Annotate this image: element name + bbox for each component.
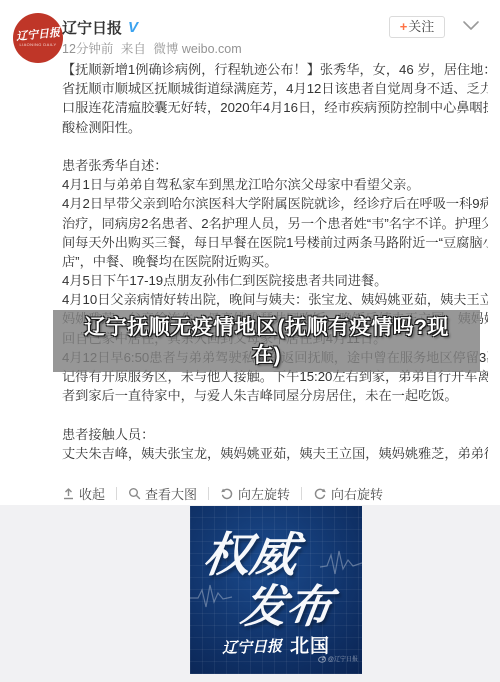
magnifier-icon: [128, 487, 141, 500]
verified-badge-icon: V: [128, 19, 138, 36]
timestamp: 12分钟前: [62, 42, 113, 56]
image-headline-line2: 发布: [237, 570, 336, 635]
toolbar-separator: [208, 487, 209, 500]
rotate-right-button[interactable]: 向右旋转: [313, 484, 383, 503]
text-line: 4月2日早带父亲到哈尔滨医科大学附属医院就诊，经诊疗后在呼吸一科9病室住院: [62, 194, 488, 213]
text-line: 治疗，同病房2名患者、2名护理人员，另一个患者姓“韦”名字不详。护理父亲期: [62, 214, 488, 233]
text-line: 省抚顺市顺城区抚顺城街道绿满庭芳，4月12日该患者自觉周身不适、乏力，自行: [62, 79, 488, 98]
page-background: 权威 发布 辽宁日报 北国 @辽宁日报: [0, 505, 500, 682]
text-line: 间每天外出购买三餐，每日早餐在医院1号楼前过两条马路附近一“豆腐脑小饼: [62, 233, 488, 252]
text-line: 口服连花清瘟胶囊无好转，2020年4月16日，经市疾病预防控制中心鼻咽拭子核: [62, 98, 488, 117]
post-image[interactable]: 权威 发布 辽宁日报 北国 @辽宁日报: [190, 506, 362, 674]
post-meta: 12分钟前 来自 微博 weibo.com: [62, 39, 246, 57]
text-line: [62, 405, 488, 424]
overlay-caption-line: 在): [53, 342, 480, 370]
avatar-logo-subtext: LIAONING DAILY: [13, 42, 63, 47]
text-line: [62, 137, 488, 156]
collapse-label: 收起: [79, 484, 105, 503]
view-large-label: 查看大图: [145, 484, 197, 503]
text-line: 患者接触人员：: [62, 425, 488, 444]
avatar[interactable]: 辽宁日报 LIAONING DAILY: [13, 13, 63, 63]
text-line: 4月1日与弟弟自驾私家车到黑龙江哈尔滨父母家中看望父亲。: [62, 175, 488, 194]
follow-button[interactable]: +关注: [389, 16, 445, 38]
account-header: 辽宁日报 V: [62, 17, 138, 37]
rotate-right-icon: [313, 487, 327, 500]
weibo-post-page: 辽宁日报 LIAONING DAILY 辽宁日报 V 12分钟前 来自 微博 w…: [0, 0, 500, 682]
text-line: 酸检测阳性。: [62, 118, 488, 137]
watermark-text: @辽宁日报: [328, 654, 358, 663]
follow-button-label: 关注: [408, 19, 434, 34]
follow-plus-icon: +: [400, 19, 408, 34]
weibo-eye-icon: [318, 655, 326, 663]
chevron-down-icon[interactable]: [460, 17, 482, 33]
rotate-left-label: 向左旋转: [238, 484, 290, 503]
text-line: 4月10日父亲病情好转出院，晚间与姨夫：张宝龙、姨妈姚亚茹，姨夫王立国、姨: [62, 290, 488, 309]
view-large-button[interactable]: 查看大图: [128, 484, 197, 503]
post-card: 辽宁日报 LIAONING DAILY 辽宁日报 V 12分钟前 来自 微博 w…: [0, 0, 500, 505]
liaoning-daily-logo: 辽宁日报: [222, 635, 283, 658]
text-line: 丈夫朱吉峰，姨夫张宝龙，姨妈姚亚茹，姨夫王立国，姨妈姚雅芝，弟弟徐立江。: [62, 444, 488, 463]
image-toolbar: 收起 查看大图 向左旋转 向右旋转: [62, 484, 383, 502]
source-prefix: 来自: [121, 42, 146, 56]
toolbar-separator: [301, 487, 302, 500]
collapse-icon: [62, 487, 75, 500]
collapse-button[interactable]: 收起: [62, 484, 105, 503]
text-line: 患者张秀华自述：: [62, 156, 488, 175]
toolbar-separator: [116, 487, 117, 500]
text-line: 【抚顺新增1例确诊病例，行程轨迹公布！】张秀华，女，46 岁，居住地：辽宁: [62, 60, 488, 79]
post-text: 【抚顺新增1例确诊病例，行程轨迹公布！】张秀华，女，46 岁，居住地：辽宁省抚顺…: [62, 60, 488, 463]
source-link[interactable]: 微博 weibo.com: [153, 42, 241, 56]
account-name[interactable]: 辽宁日报: [62, 17, 122, 38]
text-line: 店”，中餐、晚餐均在医院附近购买。: [62, 252, 488, 271]
text-line: 4月5日下午17-19点朋友孙伟仁到医院接患者共同进餐。: [62, 271, 488, 290]
rotate-left-icon: [220, 487, 234, 500]
overlay-caption-line: 辽宁抚顺无疫情地区(抚顺有疫情吗?现: [53, 314, 480, 342]
rotate-right-label: 向右旋转: [331, 484, 383, 503]
overlay-caption: 辽宁抚顺无疫情地区(抚顺有疫情吗?现 在): [53, 310, 480, 372]
weibo-watermark: @辽宁日报: [318, 654, 358, 663]
rotate-left-button[interactable]: 向左旋转: [220, 484, 290, 503]
text-line: 者到家后一直待家中，与爱人朱吉峰同屋分房居住，未在一起吃饭。: [62, 386, 488, 405]
